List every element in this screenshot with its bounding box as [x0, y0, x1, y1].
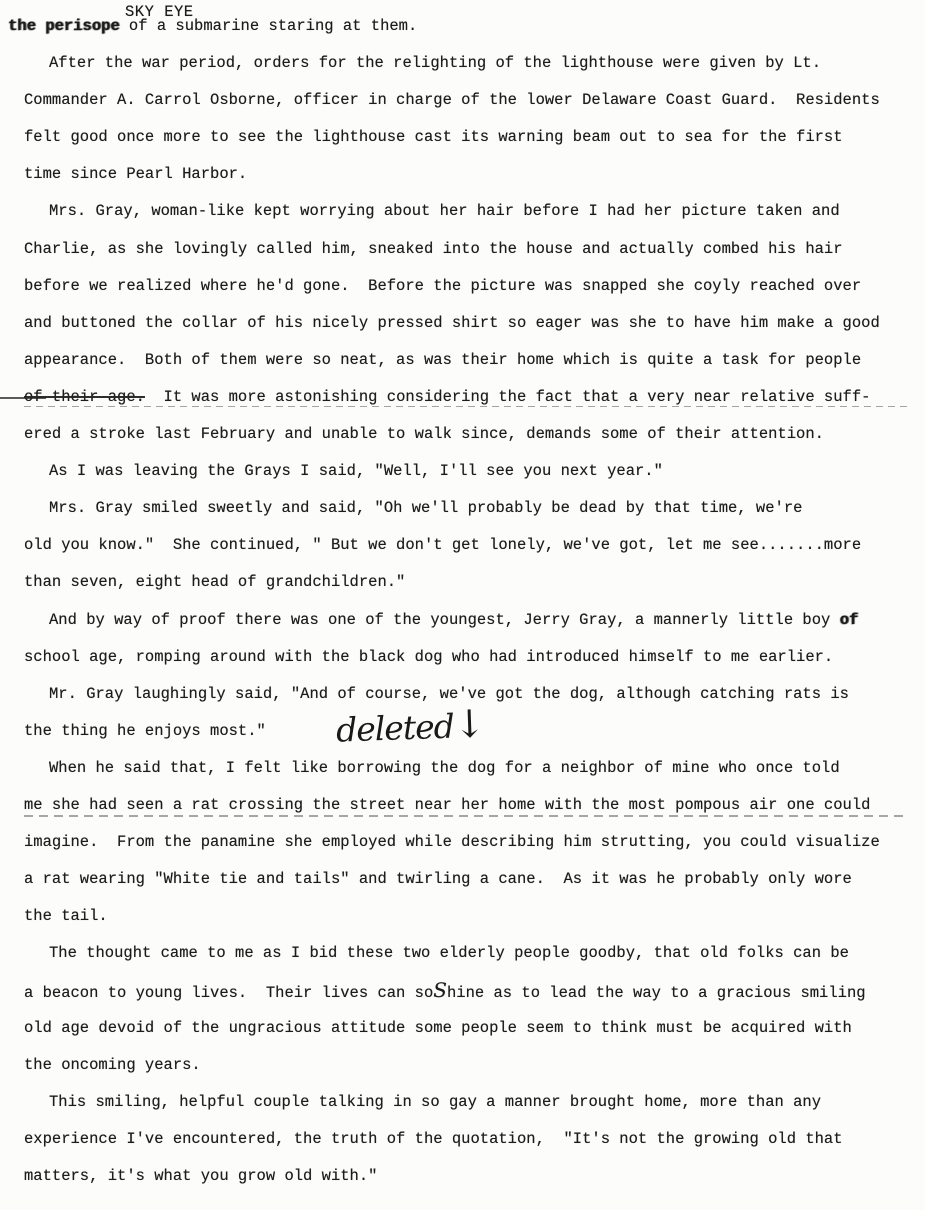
text-segment: school age, romping around with the blac… — [24, 648, 833, 666]
text-segment: matters, it's what you grow old with." — [24, 1167, 377, 1185]
text-segment: of a submarine staring at them. — [120, 17, 418, 35]
text-line: the oncoming years. — [24, 1047, 908, 1084]
text-segment: experience I've encountered, the truth o… — [24, 1130, 843, 1148]
text-segment: old age devoid of the ungracious attitud… — [24, 1019, 852, 1037]
text-segment: After the war period, orders for the rel… — [49, 54, 821, 72]
text-line: old you know." She continued, " But we d… — [24, 527, 908, 564]
text-segment: Mrs. Gray, woman-like kept worrying abou… — [49, 202, 840, 220]
text-line: the perisope of a submarine staring at t… — [8, 8, 908, 45]
down-arrow-icon: ↓ — [453, 701, 486, 746]
text-line: When he said that, I felt like borrowing… — [24, 750, 908, 787]
text-line: a beacon to young lives. Their lives can… — [24, 972, 908, 1009]
text-segment: the oncoming years. — [24, 1056, 201, 1074]
text-line: appearance. Both of them were so neat, a… — [24, 342, 908, 379]
text-line: Commander A. Carrol Osborne, officer in … — [24, 82, 908, 119]
text-segment: appearance. Both of them were so neat, a… — [24, 351, 861, 369]
text-segment: a beacon to young lives. Their lives can… — [24, 984, 433, 1002]
text-line: old age devoid of the ungracious attitud… — [24, 1010, 908, 1047]
text-segment: This smiling, helpful couple talking in … — [49, 1093, 821, 1111]
text-segment: felt good once more to see the lighthous… — [24, 128, 843, 146]
text-segment: And by way of proof there was one of the… — [49, 611, 840, 629]
text-segment: the thing he enjoys most." — [24, 722, 266, 740]
text-segment: Mrs. Gray smiled sweetly and said, "Oh w… — [49, 499, 802, 517]
text-segment: and buttoned the collar of his nicely pr… — [24, 314, 880, 332]
text-segment: than seven, eight head of grandchildren.… — [24, 573, 405, 591]
text-segment: Commander A. Carrol Osborne, officer in … — [24, 91, 880, 109]
text-line: This smiling, helpful couple talking in … — [24, 1084, 908, 1121]
text-segment: ered a stroke last February and unable t… — [24, 425, 824, 443]
text-line: the tail. — [24, 898, 908, 935]
text-segment: time since Pearl Harbor. — [24, 165, 247, 183]
text-line: before we realized where he'd gone. Befo… — [24, 268, 908, 305]
text-segment: As I was leaving the Grays I said, "Well… — [49, 462, 663, 480]
text-line: experience I've encountered, the truth o… — [24, 1121, 908, 1158]
text-segment: old you know." She continued, " But we d… — [24, 536, 861, 554]
text-segment: Charlie, as she lovingly called him, sne… — [24, 240, 843, 258]
text-line: than seven, eight head of grandchildren.… — [24, 564, 908, 601]
text-segment: S — [433, 978, 447, 1002]
text-line: Charlie, as she lovingly called him, sne… — [24, 231, 908, 268]
text-line: As I was leaving the Grays I said, "Well… — [24, 453, 908, 490]
handwritten-deleted-note: deleted↓ — [335, 701, 486, 750]
text-segment: the perisope — [8, 17, 120, 35]
text-line: me she had seen a rat crossing the stree… — [24, 787, 908, 824]
text-line: Mrs. Gray, woman-like kept worrying abou… — [24, 193, 908, 230]
text-segment: the tail. — [24, 907, 108, 925]
text-line: Mrs. Gray smiled sweetly and said, "Oh w… — [24, 490, 908, 527]
text-line: of their age. It was more astonishing co… — [24, 379, 908, 416]
text-line: a rat wearing "White tie and tails" and … — [24, 861, 908, 898]
text-segment: of — [840, 611, 859, 629]
text-segment: Mr. Gray laughingly said, "And of course… — [49, 685, 849, 703]
text-line: time since Pearl Harbor. — [24, 156, 908, 193]
handwritten-note-text: deleted — [335, 707, 454, 750]
text-segment: a rat wearing "White tie and tails" and … — [24, 870, 852, 888]
text-line: imagine. From the panamine she employed … — [24, 824, 908, 861]
text-segment: before we realized where he'd gone. Befo… — [24, 277, 861, 295]
text-line: The thought came to me as I bid these tw… — [24, 935, 908, 972]
text-segment: of their age. — [24, 388, 145, 406]
text-line: And by way of proof there was one of the… — [24, 602, 908, 639]
text-line: matters, it's what you grow old with." — [24, 1158, 908, 1195]
text-segment: The thought came to me as I bid these tw… — [49, 944, 849, 962]
text-segment: me she had seen a rat crossing the stree… — [24, 796, 870, 814]
text-segment: When he said that, I felt like borrowing… — [49, 759, 840, 777]
text-line: felt good once more to see the lighthous… — [24, 119, 908, 156]
document-page: SKY EYE the perisope of a submarine star… — [0, 0, 925, 1210]
text-segment: It was more astonishing considering the … — [145, 388, 871, 406]
document-body: the perisope of a submarine staring at t… — [24, 8, 908, 1195]
text-segment: hine as to lead the way to a gracious sm… — [447, 984, 866, 1002]
text-line: and buttoned the collar of his nicely pr… — [24, 305, 908, 342]
text-line: school age, romping around with the blac… — [24, 639, 908, 676]
text-segment: imagine. From the panamine she employed … — [24, 833, 880, 851]
text-line: ered a stroke last February and unable t… — [24, 416, 908, 453]
text-line: After the war period, orders for the rel… — [24, 45, 908, 82]
